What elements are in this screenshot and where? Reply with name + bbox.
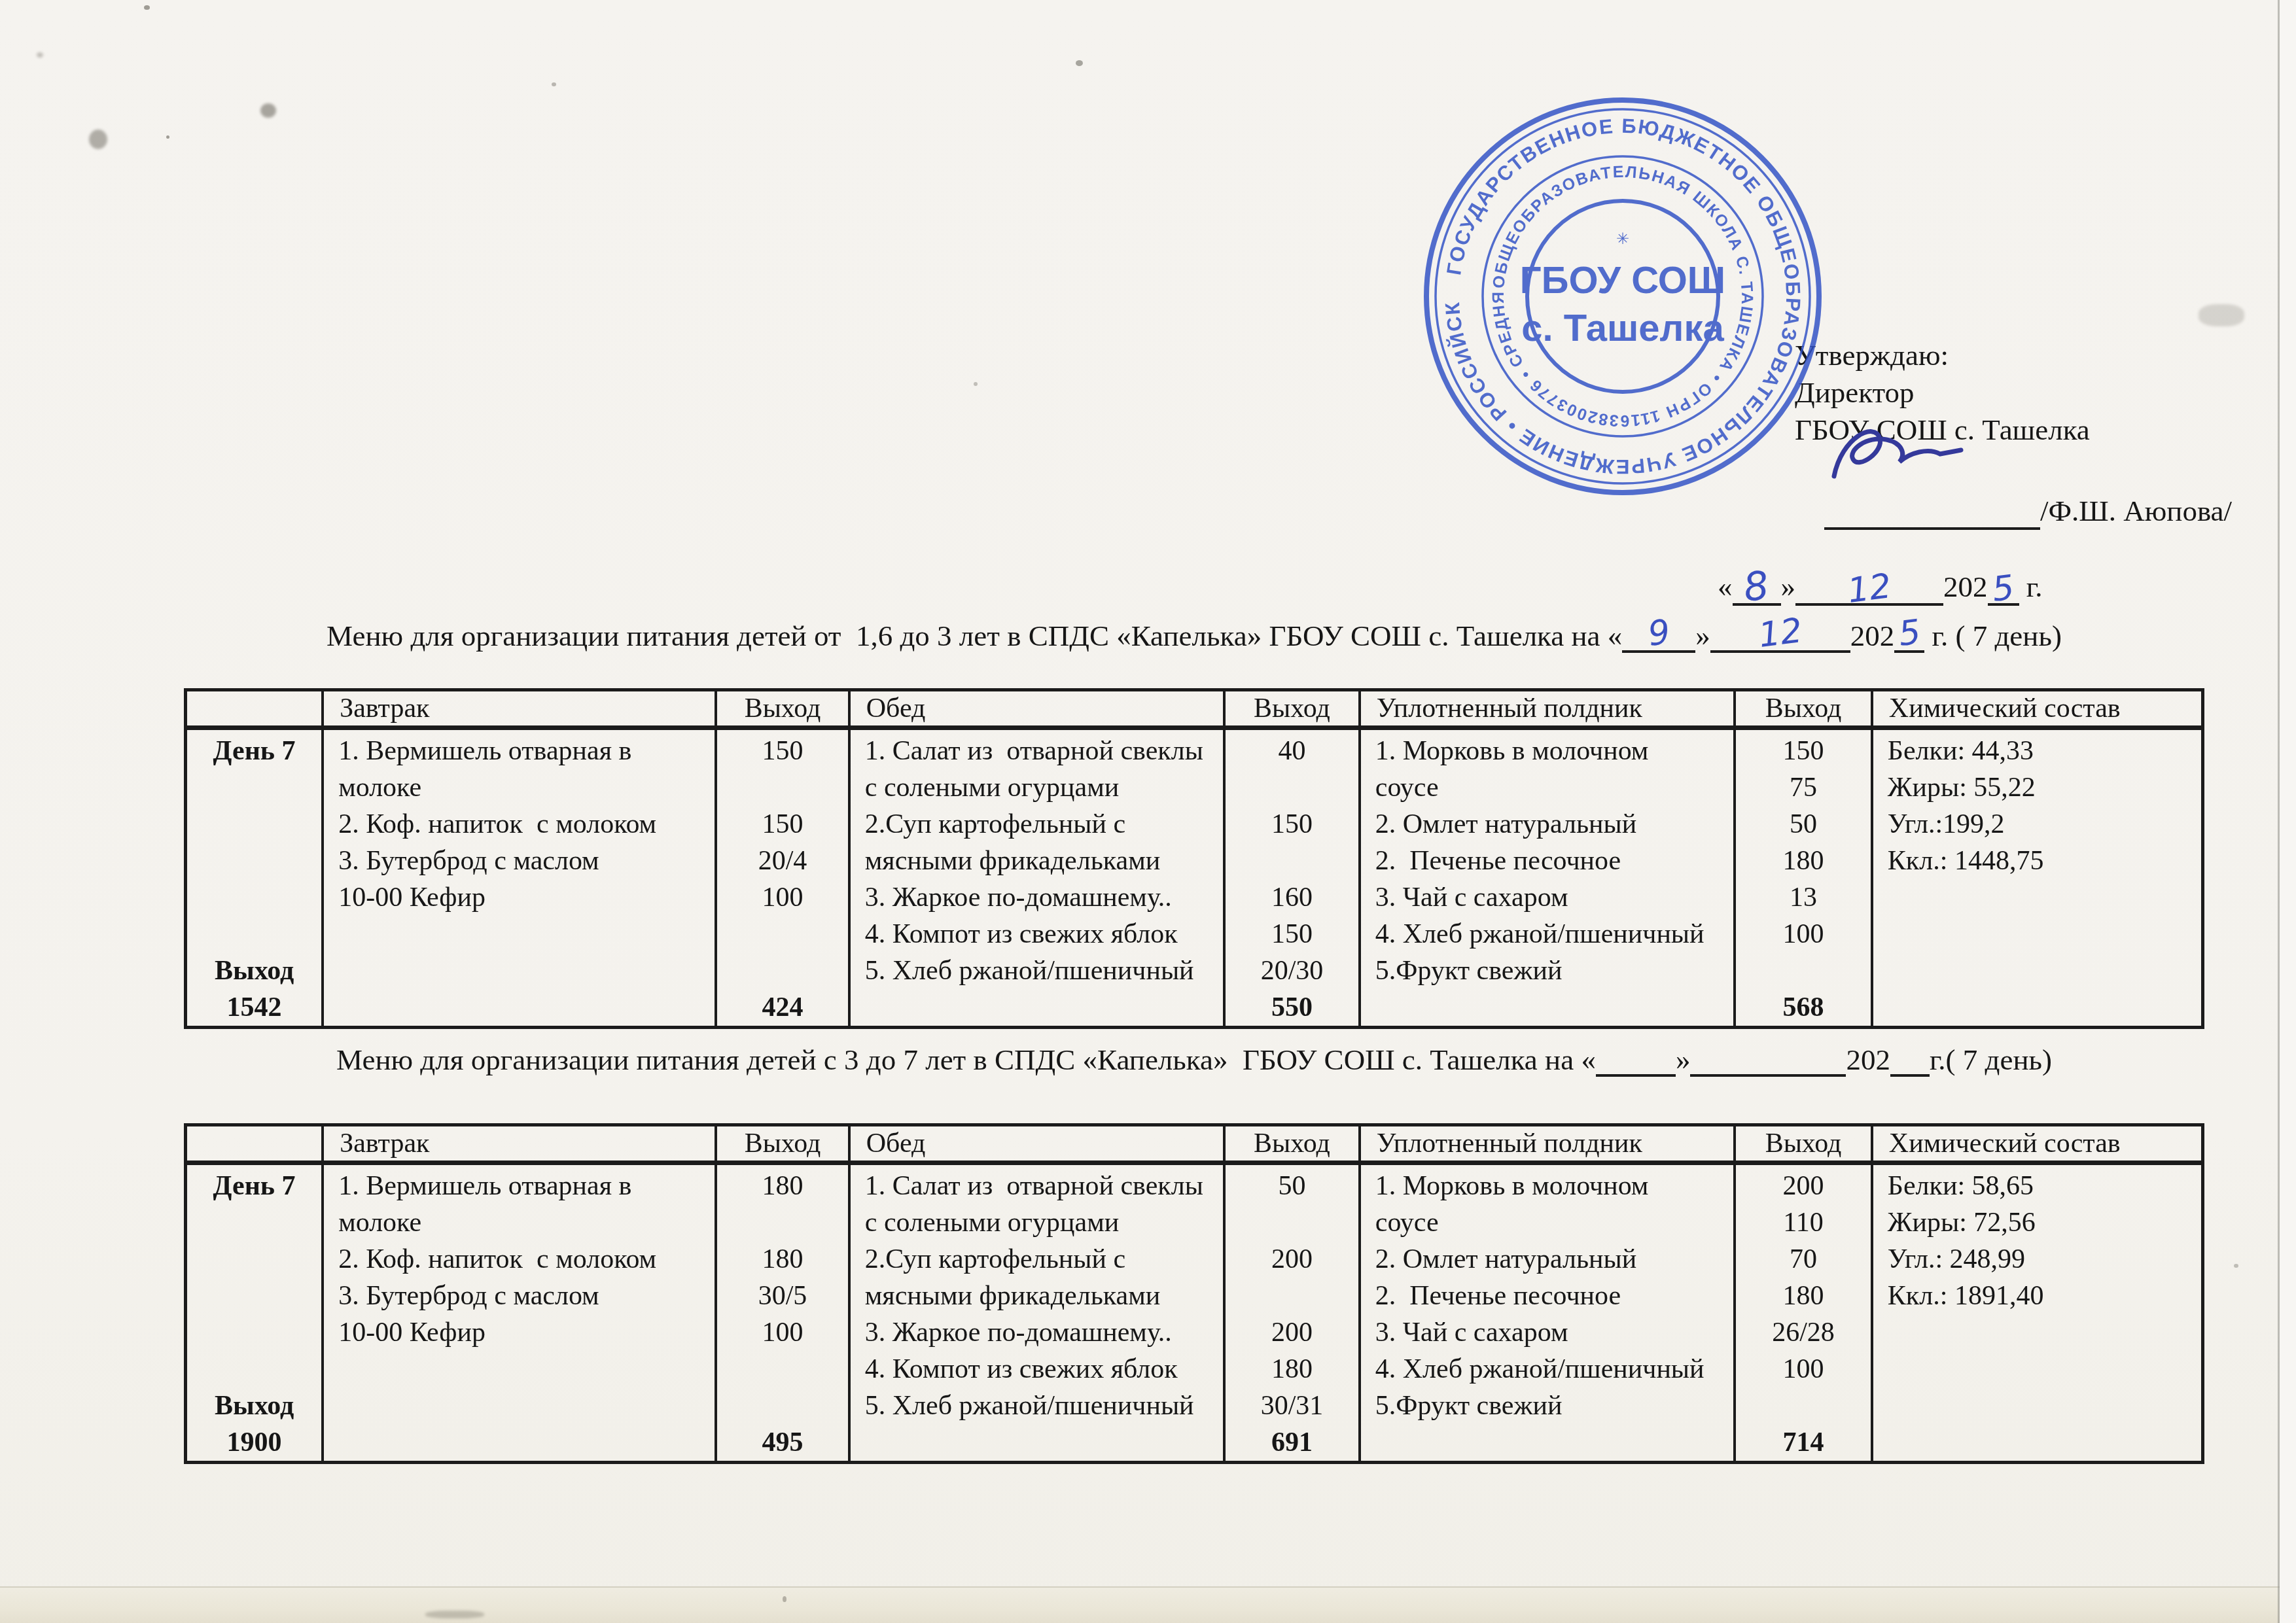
scan-edge-line	[2278, 0, 2280, 1623]
cell-line	[324, 989, 715, 1026]
director-signature	[1822, 413, 1979, 505]
cell-line: 5. Хлеб ржаной/пшеничный	[851, 952, 1223, 989]
cell-line: 2. Омлет натуральный	[1361, 1241, 1733, 1278]
cell-line: 2. Печенье песочное	[1361, 1278, 1733, 1314]
cell-line	[1873, 1387, 2201, 1424]
table-column-7: Белки: 58,65Жиры: 72,56Угл.: 248,99Ккл.:…	[1872, 1163, 2203, 1463]
cell-line: 200	[1226, 1314, 1358, 1351]
cell-line: мясными фрикадельками	[851, 1278, 1223, 1314]
cell-line	[1226, 1204, 1358, 1241]
cell-line: 150	[1226, 806, 1358, 843]
cell-line: 1. Морковь в молочном	[1361, 1168, 1733, 1204]
cell-line: 3. Чай с сахаром	[1361, 1314, 1733, 1351]
column-header: Уплотненный полдник	[1360, 690, 1735, 728]
cell-line	[717, 1204, 847, 1241]
cell-line: молоке	[324, 1204, 715, 1241]
cell-line: 110	[1736, 1204, 1871, 1241]
cell-line	[851, 1424, 1223, 1461]
cell-line: Ккл.: 1891,40	[1873, 1278, 2201, 1314]
dust-speck	[783, 1596, 786, 1602]
cell-line: 5.Фрукт свежий	[1361, 1387, 1733, 1424]
cell-line	[1873, 952, 2201, 989]
menu1-year-print: 202	[1850, 620, 1895, 652]
cell-line: 691	[1226, 1424, 1358, 1461]
cell-line	[187, 769, 321, 806]
cell-line	[187, 1351, 321, 1387]
cell-line	[187, 1278, 321, 1314]
column-header: Завтрак	[323, 1125, 716, 1163]
table-column-3: 1. Салат из отварной свеклыс солеными ог…	[849, 1163, 1224, 1463]
cell-line: 180	[1226, 1351, 1358, 1387]
table-column-0: День 7Выход1542	[186, 728, 323, 1028]
cell-line	[187, 1204, 321, 1241]
cell-line: 495	[717, 1424, 847, 1461]
cell-line	[1736, 952, 1871, 989]
menu2-quote-close: »	[1676, 1043, 1691, 1076]
cell-line	[1873, 1314, 2201, 1351]
cell-line	[851, 989, 1223, 1026]
cell-line: 4. Хлеб ржаной/пшеничный	[1361, 1351, 1733, 1387]
cell-line	[1873, 1351, 2201, 1387]
smudge	[425, 1611, 484, 1618]
cell-line: 40	[1226, 733, 1358, 769]
menu2-day-blank	[1596, 1041, 1676, 1077]
cell-line: 2. Коф. напиток с молоком	[324, 806, 715, 843]
cell-line	[1873, 989, 2201, 1026]
cell-line: 150	[1226, 916, 1358, 952]
menu1-quote-close: »	[1695, 620, 1710, 652]
cell-line	[1226, 1278, 1358, 1314]
cell-line: 50	[1736, 806, 1871, 843]
cell-line: с солеными огурцами	[851, 1204, 1223, 1241]
year-print: 202	[1943, 570, 1988, 603]
dust-speck	[166, 135, 169, 139]
handwritten-day: 8	[1742, 572, 1771, 601]
column-header	[186, 1125, 323, 1163]
cell-line: 100	[1736, 916, 1871, 952]
cell-line: соусе	[1361, 769, 1733, 806]
menu1-day-blank: 9	[1622, 618, 1695, 653]
cell-line: 1900	[187, 1424, 321, 1461]
cell-line: 5. Хлеб ржаной/пшеничный	[851, 1387, 1223, 1424]
cell-line: 2.Суп картофельный с	[851, 1241, 1223, 1278]
column-header: Выход	[1735, 1125, 1872, 1163]
cell-line: Выход	[187, 1387, 321, 1424]
cell-line: 4. Компот из свежих яблок	[851, 916, 1223, 952]
cell-line: День 7	[187, 733, 321, 769]
menu2-title-text: Меню для организации питания детей с 3 д…	[336, 1043, 1596, 1076]
cell-line: 160	[1226, 879, 1358, 916]
cell-line: 70	[1736, 1241, 1871, 1278]
dust-speck	[2234, 1264, 2238, 1268]
menu2-title-suffix: г.( 7 день)	[1930, 1043, 2052, 1076]
cell-line: 30/31	[1226, 1387, 1358, 1424]
cell-line: 1. Вермишель отварная в	[324, 1168, 715, 1204]
cell-line	[717, 1351, 847, 1387]
cell-line: 200	[1736, 1168, 1871, 1204]
menu2-table: ЗавтракВыходОбедВыходУплотненный полдник…	[184, 1123, 2204, 1464]
column-header: Выход	[716, 1125, 849, 1163]
menu1-handwritten-year: 5	[1897, 619, 1922, 648]
cell-line: 180	[717, 1241, 847, 1278]
cell-line: 1. Вермишель отварная в	[324, 733, 715, 769]
column-header: Обед	[849, 1125, 1224, 1163]
menu1-handwritten-day: 9	[1646, 619, 1671, 648]
cell-line: 10-00 Кефир	[324, 1314, 715, 1351]
cell-line: 424	[717, 989, 847, 1026]
dust-speck	[974, 382, 978, 386]
cell-line: 30/5	[717, 1278, 847, 1314]
director-name: /Ф.Ш. Аюпова/	[2040, 495, 2232, 527]
column-header: Выход	[716, 690, 849, 728]
cell-line: Белки: 58,65	[1873, 1168, 2201, 1204]
column-header: Завтрак	[323, 690, 716, 728]
cell-line: 180	[1736, 843, 1871, 879]
cell-line	[717, 952, 847, 989]
approval-date-row: «8»122025 г.	[1718, 568, 2280, 606]
cell-line	[1226, 769, 1358, 806]
scan-edge-band	[0, 1586, 2296, 1623]
menu1-month-blank: 12	[1710, 618, 1850, 653]
cell-line	[1226, 843, 1358, 879]
cell-line: 4. Компот из свежих яблок	[851, 1351, 1223, 1387]
cell-line: 100	[1736, 1351, 1871, 1387]
cell-line: 150	[717, 806, 847, 843]
cell-line: 180	[1736, 1278, 1871, 1314]
dust-speck	[260, 103, 276, 118]
cell-line	[187, 1241, 321, 1278]
school-round-stamp: ГОСУДАРСТВЕННОЕ БЮДЖЕТНОЕ ОБЩЕОБРАЗОВАТЕ…	[1407, 80, 1839, 512]
cell-line	[187, 916, 321, 952]
cell-line: 568	[1736, 989, 1871, 1026]
cell-line	[187, 1314, 321, 1351]
table-column-5: 1. Морковь в молочномсоусе2. Омлет натур…	[1360, 1163, 1735, 1463]
cell-line: 5.Фрукт свежий	[1361, 952, 1733, 989]
cell-line: Белки: 44,33	[1873, 733, 2201, 769]
table-column-1: 1. Вермишель отварная вмолоке2. Коф. нап…	[323, 728, 716, 1028]
cell-line: с солеными огурцами	[851, 769, 1223, 806]
table-column-0: День 7Выход1900	[186, 1163, 323, 1463]
cell-line: 150	[717, 733, 847, 769]
cell-line: 1. Салат из отварной свеклы	[851, 1168, 1223, 1204]
cell-line: 2.Суп картофельный с	[851, 806, 1223, 843]
cell-line: 200	[1226, 1241, 1358, 1278]
cell-line: 50	[1226, 1168, 1358, 1204]
cell-line	[324, 1351, 715, 1387]
stamp-center-line-2: с. Ташелка	[1521, 307, 1724, 349]
cell-line: Угл.: 248,99	[1873, 1241, 2201, 1278]
cell-line: 100	[717, 1314, 847, 1351]
table-column-2: 15015020/4100424	[716, 728, 849, 1028]
cell-line: 2. Коф. напиток с молоком	[324, 1241, 715, 1278]
cell-line: 1542	[187, 989, 321, 1026]
menu1-year-blank: 5	[1894, 618, 1924, 653]
menu1-title: Меню для организации питания детей от 1,…	[118, 618, 2270, 653]
menu1-title-text: Меню для организации питания детей от 1,…	[327, 620, 1622, 652]
table-column-4: 4015016015020/30550	[1224, 728, 1360, 1028]
cell-line: 100	[717, 879, 847, 916]
cell-line: 10-00 Кефир	[324, 879, 715, 916]
table-column-7: Белки: 44,33Жиры: 55,22Угл.:199,2Ккл.: 1…	[1872, 728, 2203, 1028]
cell-line: Ккл.: 1448,75	[1873, 843, 2201, 879]
cell-line: 3. Жаркое по-домашнему..	[851, 1314, 1223, 1351]
cell-line: 180	[717, 1168, 847, 1204]
column-header: Химический состав	[1872, 1125, 2203, 1163]
cell-line: 3. Бутерброд с маслом	[324, 1278, 715, 1314]
cell-line: 3. Жаркое по-домашнему..	[851, 879, 1223, 916]
cell-line: 1. Салат из отварной свеклы	[851, 733, 1223, 769]
cell-line: соусе	[1361, 1204, 1733, 1241]
menu1-title-suffix: г. ( 7 день)	[1924, 620, 2062, 652]
day-blank: 8	[1733, 572, 1781, 606]
menu2-title: Меню для организации питания детей с 3 д…	[118, 1041, 2270, 1077]
handwritten-month: 12	[1846, 573, 1893, 604]
dust-speck	[144, 5, 150, 10]
cell-line: 550	[1226, 989, 1358, 1026]
cell-line: 20/30	[1226, 952, 1358, 989]
cell-line: 13	[1736, 879, 1871, 916]
month-blank: 12	[1795, 572, 1943, 606]
cell-line	[1361, 1424, 1733, 1461]
cell-line: Угл.:199,2	[1873, 806, 2201, 843]
quote-close: »	[1781, 570, 1796, 603]
year-suffix: г.	[2019, 570, 2043, 603]
table-column-6: 150755018013100568	[1735, 728, 1872, 1028]
cell-line	[717, 916, 847, 952]
cell-line	[324, 916, 715, 952]
cell-line	[717, 769, 847, 806]
stamp-center-line-1: ГБОУ СОШ	[1520, 259, 1725, 302]
cell-line: 714	[1736, 1424, 1871, 1461]
cell-line	[1873, 1424, 2201, 1461]
cell-line	[187, 843, 321, 879]
cell-line: 1. Морковь в молочном	[1361, 733, 1733, 769]
cell-line: 150	[1736, 733, 1871, 769]
cell-line: 3. Бутерброд с маслом	[324, 843, 715, 879]
stamp-top-mark: ✳	[1616, 231, 1629, 248]
table-column-6: 2001107018026/28100714	[1735, 1163, 1872, 1463]
column-header	[186, 690, 323, 728]
cell-line: 2. Печенье песочное	[1361, 843, 1733, 879]
dust-speck	[1076, 60, 1083, 66]
scan-right-margin	[2280, 0, 2296, 1623]
handwritten-year: 5	[1991, 574, 2016, 603]
smudge	[2199, 304, 2244, 326]
column-header: Выход	[1735, 690, 1872, 728]
menu1-handwritten-month: 12	[1757, 618, 1804, 649]
menu2-month-blank	[1690, 1041, 1846, 1077]
cell-line: 2. Омлет натуральный	[1361, 806, 1733, 843]
cell-line: День 7	[187, 1168, 321, 1204]
menu2-year-blank	[1890, 1041, 1930, 1077]
cell-line	[187, 879, 321, 916]
cell-line: мясными фрикадельками	[851, 843, 1223, 879]
column-header: Выход	[1224, 690, 1360, 728]
table-column-1: 1. Вермишель отварная вмолоке2. Коф. нап…	[323, 1163, 716, 1463]
table-column-5: 1. Морковь в молочномсоусе2. Омлет натур…	[1360, 728, 1735, 1028]
column-header: Выход	[1224, 1125, 1360, 1163]
dust-speck	[89, 130, 107, 149]
column-header: Уплотненный полдник	[1360, 1125, 1735, 1163]
cell-line	[324, 1424, 715, 1461]
cell-line	[1361, 989, 1733, 1026]
scanned-menu-document: { "approval": { "line1": "Утверждаю:", "…	[0, 0, 2296, 1623]
cell-line	[1873, 879, 2201, 916]
cell-line: 26/28	[1736, 1314, 1871, 1351]
cell-line: 3. Чай с сахаром	[1361, 879, 1733, 916]
cell-line	[187, 806, 321, 843]
column-header: Химический состав	[1872, 690, 2203, 728]
table-column-4: 5020020018030/31691	[1224, 1163, 1360, 1463]
cell-line: молоке	[324, 769, 715, 806]
cell-line: Жиры: 72,56	[1873, 1204, 2201, 1241]
quote-open: «	[1718, 570, 1733, 603]
menu2-year-print: 202	[1846, 1043, 1890, 1076]
year-blank: 5	[1988, 572, 2019, 606]
cell-line	[1873, 916, 2201, 952]
cell-line: 4. Хлеб ржаной/пшеничный	[1361, 916, 1733, 952]
cell-line	[324, 1387, 715, 1424]
table-column-2: 18018030/5100495	[716, 1163, 849, 1463]
cell-line: 75	[1736, 769, 1871, 806]
column-header: Обед	[849, 690, 1224, 728]
cell-line: 20/4	[717, 843, 847, 879]
table-column-3: 1. Салат из отварной свеклыс солеными ог…	[849, 728, 1224, 1028]
cell-line	[324, 952, 715, 989]
dust-speck	[37, 52, 43, 58]
cell-line: Жиры: 55,22	[1873, 769, 2201, 806]
menu1-table: ЗавтракВыходОбедВыходУплотненный полдник…	[184, 688, 2204, 1029]
dust-speck	[552, 82, 556, 86]
cell-line	[717, 1387, 847, 1424]
cell-line	[1736, 1387, 1871, 1424]
cell-line: Выход	[187, 952, 321, 989]
